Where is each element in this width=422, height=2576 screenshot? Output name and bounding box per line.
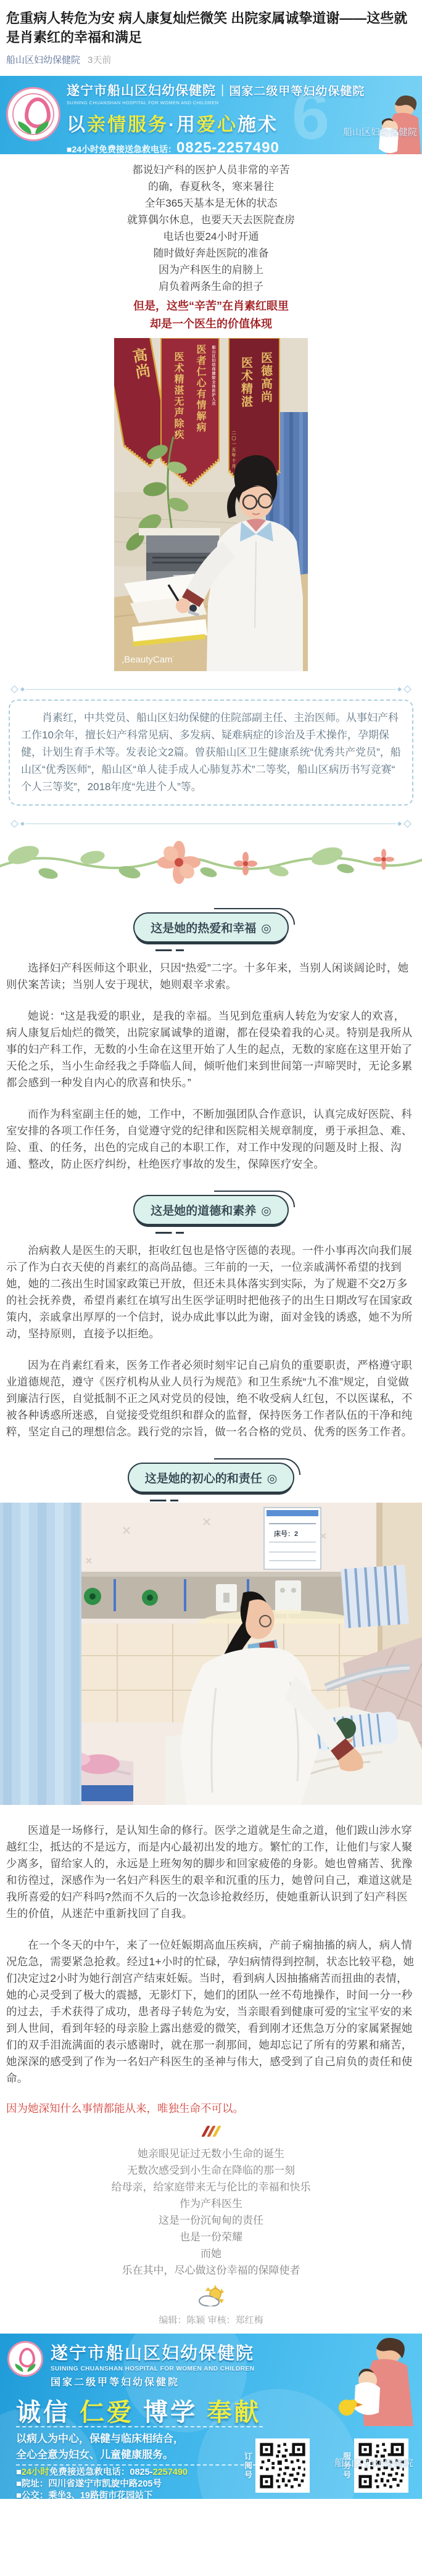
mother-baby-illustration [369,89,422,154]
footer-watermark: 船山区妇幼保健院 [334,2455,413,2469]
target-icon: ◎ [267,1472,278,1485]
target-icon: ◎ [261,922,271,935]
intro-line: 随时做好奔赴医院的准备 [0,245,422,262]
publish-time: 3天前 [88,55,111,65]
diamond-icon [10,820,19,828]
slashes-icon [0,2126,422,2138]
paragraph: 治病救人是医生的天职，拒收红包也是恪守医德的表现。一件小事再次向我们展示了作为白… [6,1242,416,1342]
footer-banner-image[interactable]: 遂宁市船山区妇幼保健院 SUINING CHUANSHAN HOSPITAL F… [0,2334,422,2499]
intro-line: 就算偶尔休息，也要天天去医院查房 [0,212,422,228]
intro-poem: 都说妇产科的医护人员非常的辛苦 的确，春夏秋冬，寒来暑往 全年365天基本是无休… [0,162,422,295]
paragraph: 选择妇产科医师这个职业，只因“热爱”二字。十多年来，当别人闲谈阔论时，她则伏案苦… [6,960,416,993]
diamond-divider [10,819,412,828]
paragraph: 在一个冬天的中午，来了一位妊娠期高血压疾病，产前子痫抽搐的病人，病人情况危急，需… [6,1937,416,2087]
diamond-icon [397,687,402,691]
diamond-icon [10,685,19,693]
diamond-icon [397,821,402,825]
red-emphasis-lines: 但是，这些“辛苦”在肖素红眼里 却是一个医生的价值体现 [0,297,422,333]
footer-hospital-grade: 国家二级甲等妇幼保健院 [51,2374,254,2388]
beautycam-watermark: ,BeautyCam˙ [122,654,176,665]
footer-hospital-english: SUINING CHUANSHAN HOSPITAL FOR WOMEN AND… [51,2366,254,2372]
paragraph: 她说：“这是我爱的职业，是我的幸福。当见到危重病人转危为安家人的欢喜，病人康复后… [6,1008,416,1091]
hospital-logo-footer [7,2341,43,2377]
hospital-slogan: 以亲情服务·用爱心施术 [67,109,365,136]
flower-small [234,852,257,875]
dashed-divider [16,2426,263,2427]
separator: | [221,83,224,97]
footer-mission: 以病人为中心，保健与临床相结合， 全心全意为妇女、儿童健康服务。 [16,2431,184,2463]
paragraph: 因为在肖素红看来，医务工作者必须时刻牢记自己肩负的重要职责，严格遵守职业道德规范… [6,1357,416,1440]
footer-contact-info: ■24小时免费接送急救电话：0825-2257490 ■院址：四川省遂宁市凯旋中… [16,2467,188,2499]
diamond-icon [20,821,25,825]
section-badge-2: 这是她的道德和素养◎ [0,1195,422,1225]
doctor-bio-box: 肖素红，中共党员、船山区妇幼保健的住院部副主任、主治医师。从事妇产科工作10余年… [9,700,413,806]
article-meta: 船山区妇幼保健院3天前 [6,53,416,66]
bed-number-board: 床号：2 [274,1529,298,1538]
section-badge-1: 这是她的热爱和幸福◎ [0,912,422,943]
intro-line: 电话也要24小时开通 [0,228,422,245]
intro-line: 全年365天基本是无休的状态 [0,195,422,212]
intro-line: 的确，春夏秋冬，寒来暑往 [0,178,422,195]
pennant-text-mid-left: 医术精湛无声除疾 [171,352,185,440]
ending-poem: 她亲眼见证过无数小生命的诞生 无数次感受到小生命在降临的那一刻 给母亲，给家庭带… [0,2145,422,2279]
article-title: 危重病人转危为安 病人康复灿烂微笑 出院家属诚挚道谢——这些就是肖素红的幸福和满… [6,9,416,47]
photo2-scene [0,1503,422,1805]
paragraph: 而作为科室副主任的她，工作中，不断加强团队合作意识，认真完成好医院、科室安排的各… [6,1106,416,1173]
diamond-icon [403,820,412,828]
dashed-divider [16,2464,263,2466]
footer-mother-baby-illustration [329,2334,422,2429]
sun-cloud-icon [0,2284,422,2308]
pennant-text-right-left: 医术精湛 [238,357,254,408]
hospital-name-english: SUINING CHUANSHAN HOSPITAL FOR WOMEN AND… [67,100,365,105]
ending-line: 给母亲，给家庭带来无与伦比的幸福和快乐 [0,2179,422,2195]
photo-doctor-at-desk[interactable]: 高尚 医术精湛无声除疾 医者仁心有情解病 船山区妇幼保健院全体医护人员 医术精湛… [114,338,308,671]
ending-line: 而她 [0,2245,422,2262]
footer-hospital-name: 遂宁市船山区妇幼保健院 [51,2340,254,2364]
flower-large [157,841,201,884]
ending-line: 她亲眼见证过无数小生命的诞生 [0,2145,422,2162]
intro-line: 肩负着两条生命的担子 [0,278,422,295]
ending-line: 作为产科医生 [0,2195,422,2212]
hospital-grade: 国家二级甲等妇幼保健院 [229,82,365,99]
section-badge-3: 这是她的初心的和责任◎ [0,1463,422,1493]
pennant-text-dedication: 船山区妇幼保健院全体医护人员 [210,345,216,406]
account-link[interactable]: 船山区妇幼保健院 [6,55,80,65]
ending-line: 这是一份沉甸甸的责任 [0,2212,422,2229]
ending-line: 无数次感受到小生命在降临的那一刻 [0,2162,422,2179]
flower-vine-divider [0,835,422,890]
red-statement: 因为她深知什么事情都能从来，唯独生命不可以。 [6,2100,416,2117]
qr-code-subscription [255,2438,310,2493]
article-page: 危重病人转危为安 病人康复灿烂微笑 出院家属诚挚道谢——这些就是肖素红的幸福和满… [0,0,422,2576]
editor-credits: 编辑：陈颖 审核：郑红梅 [0,2313,422,2326]
target-icon: ◎ [261,1205,271,1218]
pennant-text-date: 二〇一五年十月 [230,431,236,469]
hotline: ■24小时免费接送急救电话：0825-2257490 [67,139,365,154]
pennant-text-right-right: 医德高尚 [257,352,274,403]
diamond-divider [10,685,412,693]
header-banner-image[interactable]: 6 遂宁市船山区妇幼保健院 | 国家二级甲等妇幼保健院 SUINING CHUA… [0,76,422,154]
paragraph: 医道是一场修行，是认知生命的修行。医学之道就是生命之道，他们跋山涉水穿越红尘，抵… [6,1822,416,1922]
diamond-icon [20,687,25,691]
intro-line: 都说妇产科的医护人员非常的辛苦 [0,162,422,178]
banner-watermark: 船山区妇幼保健院 [343,125,417,138]
footer-motto: 诚信 仁爱 博学 奉献 [16,2393,261,2428]
qr-label: 订阅号 [242,2452,254,2480]
photo-doctor-ward[interactable]: 床号：2 [0,1503,422,1805]
hospital-logo [6,87,60,141]
ending-line: 乐在其中，尽心做这份幸福的保障使者 [0,2262,422,2279]
diamond-icon [403,685,412,693]
intro-line: 因为产科医生的肩膀上 [0,262,422,278]
hospital-name: 遂宁市船山区妇幼保健院 [67,81,216,99]
pennant-text-mid-right: 医者仁心有情解病 [193,344,207,433]
qr-subscription: 订阅号 [242,2438,310,2493]
ending-line: 也是一份荣耀 [0,2229,422,2245]
